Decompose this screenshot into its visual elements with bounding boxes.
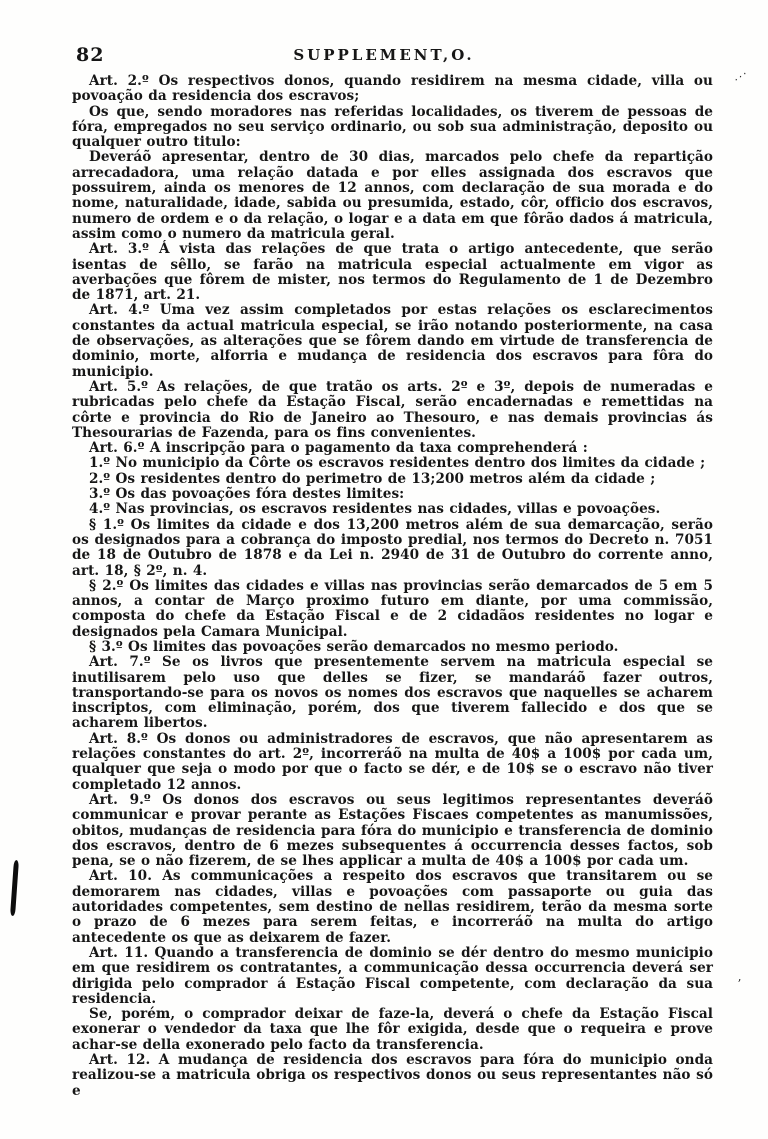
paragraph-art-11: Art. 11. Quando a transferencia de domin… — [72, 946, 713, 1007]
document-page: 82 SUPPLEMENT,O. ⋰ Art. 2.º Os respectiv… — [0, 0, 768, 1139]
paragraph-art-6: Art. 6.º A inscripção para o pagamento d… — [72, 441, 713, 456]
paragraph-art-3: Art. 3.º Á vista das relações de que tra… — [72, 242, 713, 303]
page-header-title: SUPPLEMENT,O. — [0, 46, 768, 64]
paragraph-art-2: Art. 2.º Os respectivos donos, quando re… — [72, 74, 713, 105]
paragraph-art-5: Art. 5.º As relações, de que tratão os a… — [72, 380, 713, 441]
list-item-2: 2.º Os residentes dentro do perimetro de… — [72, 472, 713, 487]
paragraph-art-4: Art. 4.º Uma vez assim completados por e… — [72, 303, 713, 379]
paragraph-art-2-cont-2: Deveráõ apresentar, dentro de 30 dias, m… — [72, 150, 713, 242]
ink-stroke-left-margin — [10, 860, 19, 916]
ink-mark-right: ʼ — [737, 977, 741, 991]
ink-mark-top-right: ⋰ — [734, 69, 747, 84]
paragraph-section-1: § 1.º Os limites da cidade e dos 13,200 … — [72, 518, 713, 579]
paragraph-art-7: Art. 7.º Se os livros que presentemente … — [72, 655, 713, 731]
list-item-3: 3.º Os das povoações fóra destes limites… — [72, 487, 713, 502]
paragraph-art-10: Art. 10. As communicações a respeito dos… — [72, 869, 713, 945]
list-item-4: 4.º Nas provincias, os escravos resident… — [72, 502, 713, 517]
paragraph-art-8: Art. 8.º Os donos ou administradores de … — [72, 732, 713, 793]
paragraph-art-11-cont: Se, porém, o comprador deixar de faze-la… — [72, 1007, 713, 1053]
document-body: Art. 2.º Os respectivos donos, quando re… — [72, 74, 713, 1099]
paragraph-art-9: Art. 9.º Os donos dos escravos ou seus l… — [72, 793, 713, 869]
paragraph-art-12: Art. 12. A mudança de residencia dos esc… — [72, 1053, 713, 1099]
paragraph-section-3: § 3.º Os limites das povoações serão dem… — [72, 640, 713, 655]
paragraph-section-2: § 2.º Os limites das cidades e villas na… — [72, 579, 713, 640]
list-item-1: 1.º No municipio da Côrte os escravos re… — [72, 456, 713, 471]
paragraph-art-2-cont-1: Os que, sendo moradores nas referidas lo… — [72, 105, 713, 151]
